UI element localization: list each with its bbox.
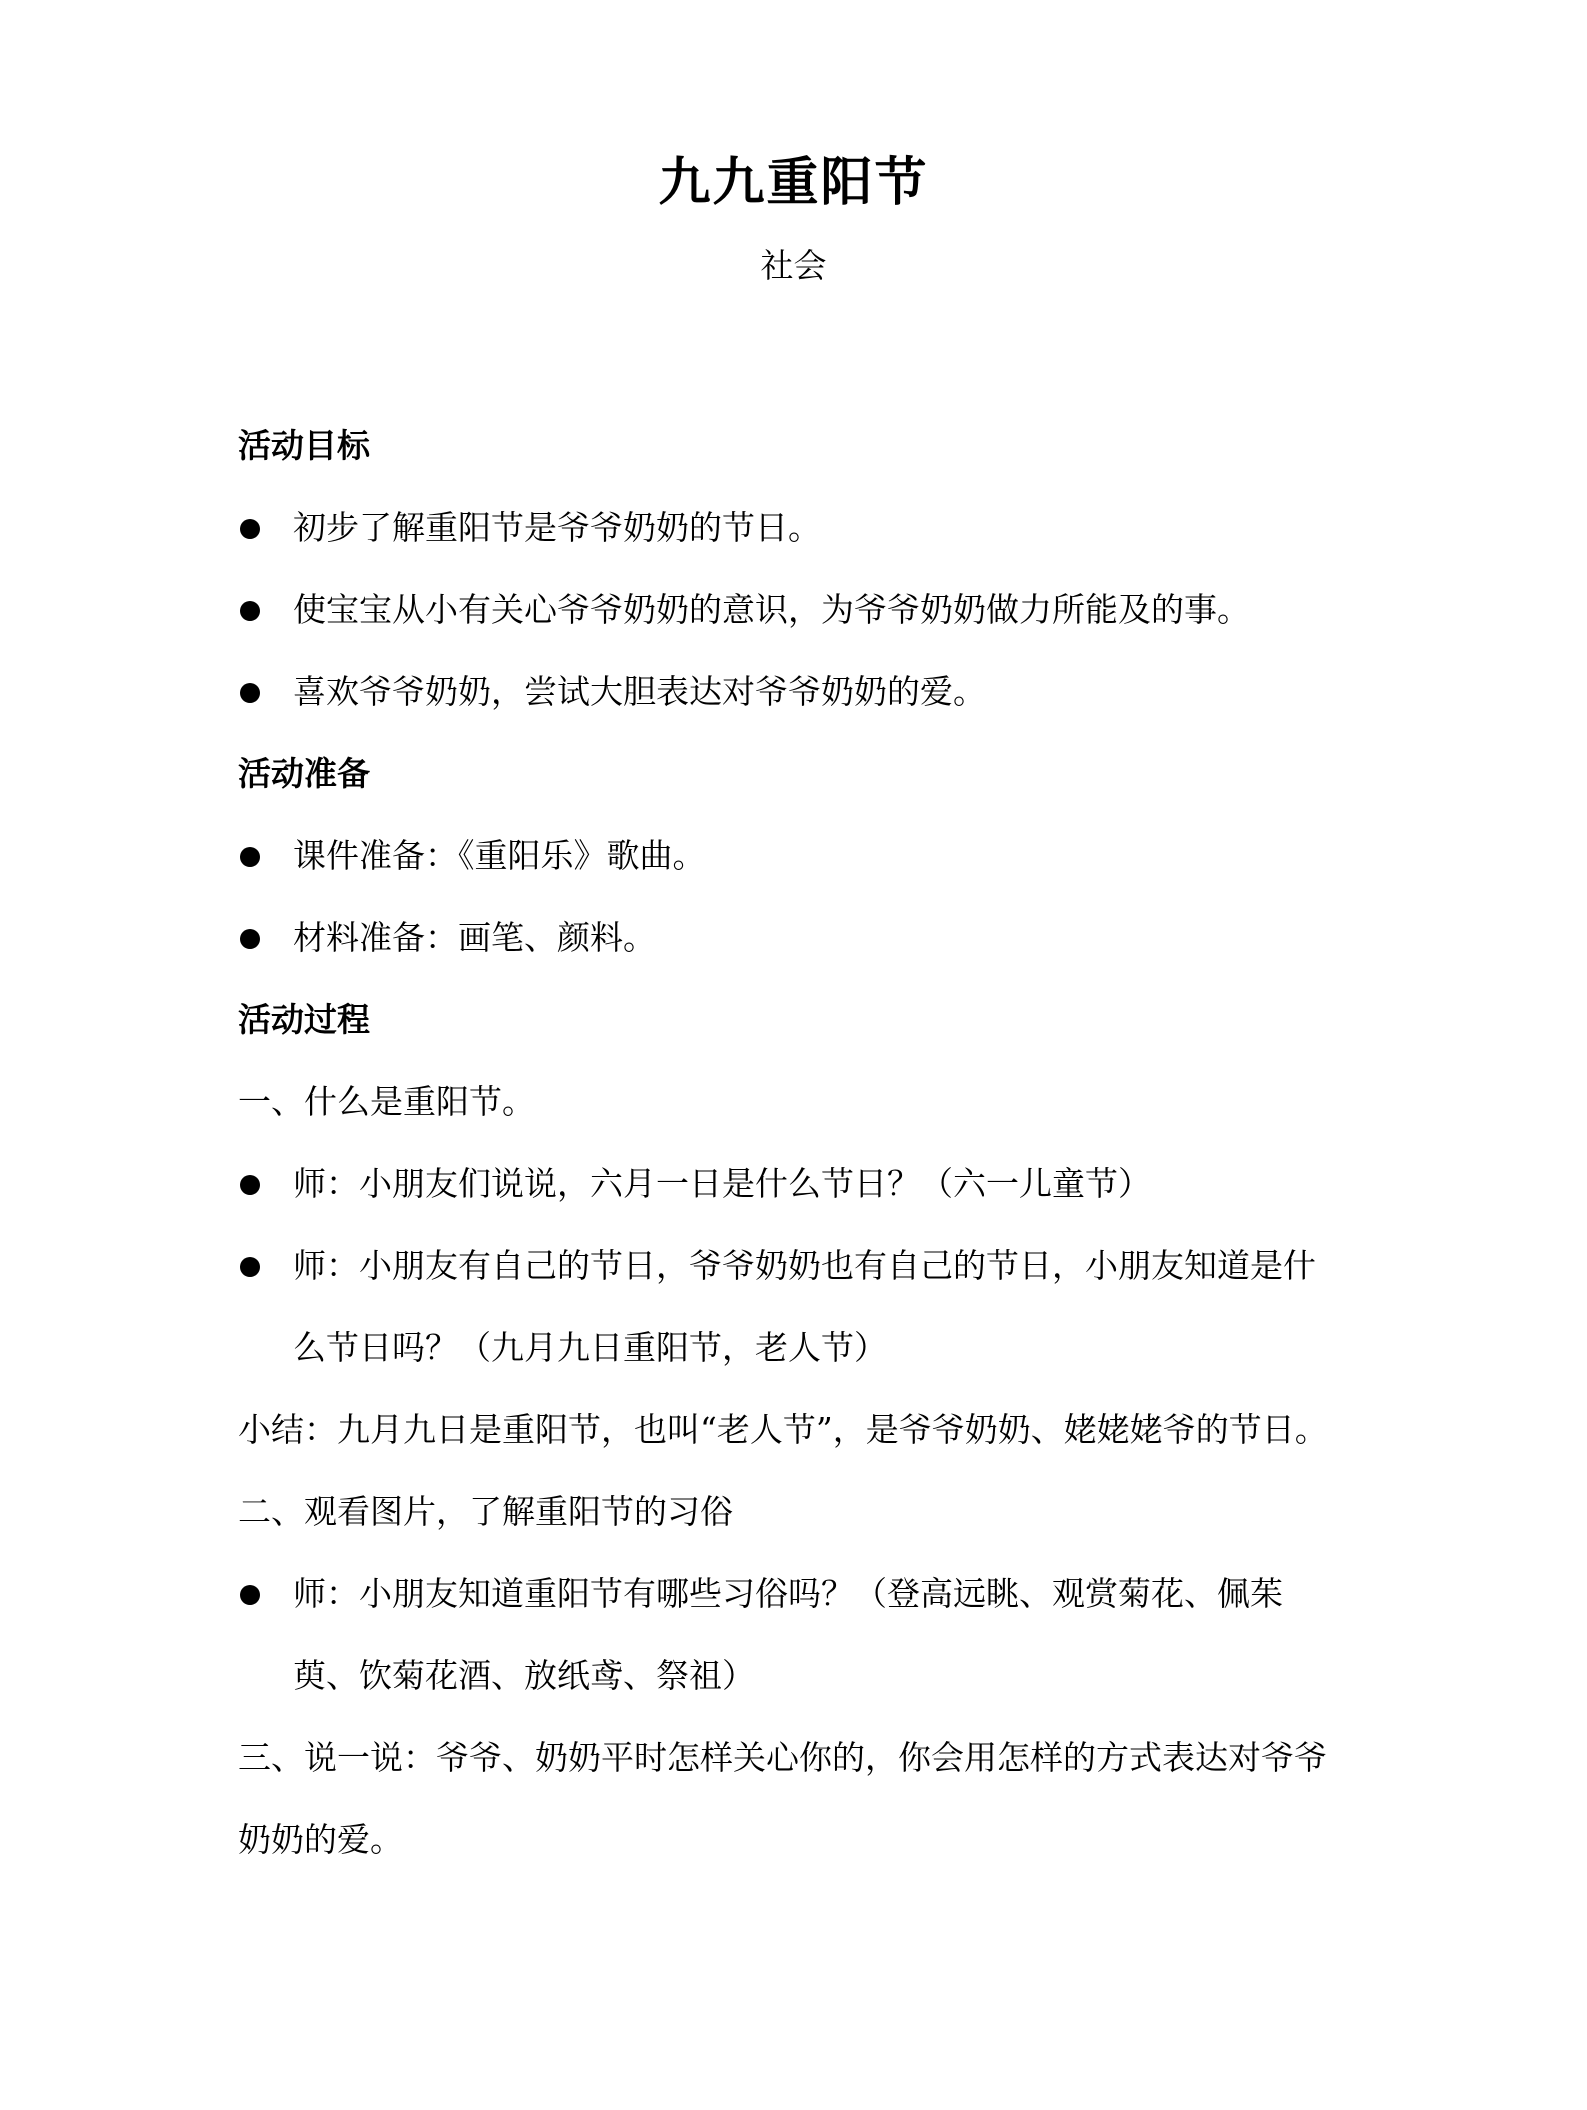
list-item: 师：小朋友有自己的节日，爷爷奶奶也有自己的节日，小朋友知道是什么节日吗？（九月九… — [238, 1225, 1348, 1389]
document-subtitle: 社会 — [0, 244, 1587, 288]
bullet-icon — [240, 1585, 260, 1605]
list-item: 材料准备：画笔、颜料。 — [238, 897, 1348, 979]
bullet-icon — [240, 519, 260, 539]
step-title: 三、说一说：爷爷、奶奶平时怎样关心你的，你会用怎样的方式表达对爷爷奶奶的爱。 — [238, 1717, 1338, 1881]
section-heading-goals: 活动目标 — [238, 405, 1348, 487]
list-item: 初步了解重阳节是爷爷奶奶的节日。 — [238, 487, 1348, 569]
bullet-icon — [240, 929, 260, 949]
section-heading-process: 活动过程 — [238, 979, 1348, 1061]
summary-paragraph: 小结：九月九日是重阳节，也叫“老人节”，是爷爷奶奶、姥姥姥爷的节日。 — [238, 1389, 1338, 1471]
list-item: 使宝宝从小有关心爷爷奶奶的意识，为爷爷奶奶做力所能及的事。 — [238, 569, 1348, 651]
bullet-icon — [240, 1257, 260, 1277]
list-item: 课件准备：《重阳乐》歌曲。 — [238, 815, 1348, 897]
list-item: 喜欢爷爷奶奶，尝试大胆表达对爷爷奶奶的爱。 — [238, 651, 1348, 733]
document-title: 九九重阳节 — [0, 148, 1587, 218]
step-title: 一、什么是重阳节。 — [238, 1061, 1348, 1143]
step-title: 二、观看图片，了解重阳节的习俗 — [238, 1471, 1348, 1553]
section-heading-preparation: 活动准备 — [238, 733, 1348, 815]
document-body: 活动目标 初步了解重阳节是爷爷奶奶的节日。 使宝宝从小有关心爷爷奶奶的意识，为爷… — [238, 405, 1348, 1881]
list-item: 师：小朋友们说说，六月一日是什么节日？（六一儿童节） — [238, 1143, 1348, 1225]
list-item: 师：小朋友知道重阳节有哪些习俗吗？（登高远眺、观赏菊花、佩茱萸、饮菊花酒、放纸鸢… — [238, 1553, 1348, 1717]
bullet-icon — [240, 683, 260, 703]
bullet-icon — [240, 847, 260, 867]
bullet-icon — [240, 1175, 260, 1195]
bullet-icon — [240, 601, 260, 621]
